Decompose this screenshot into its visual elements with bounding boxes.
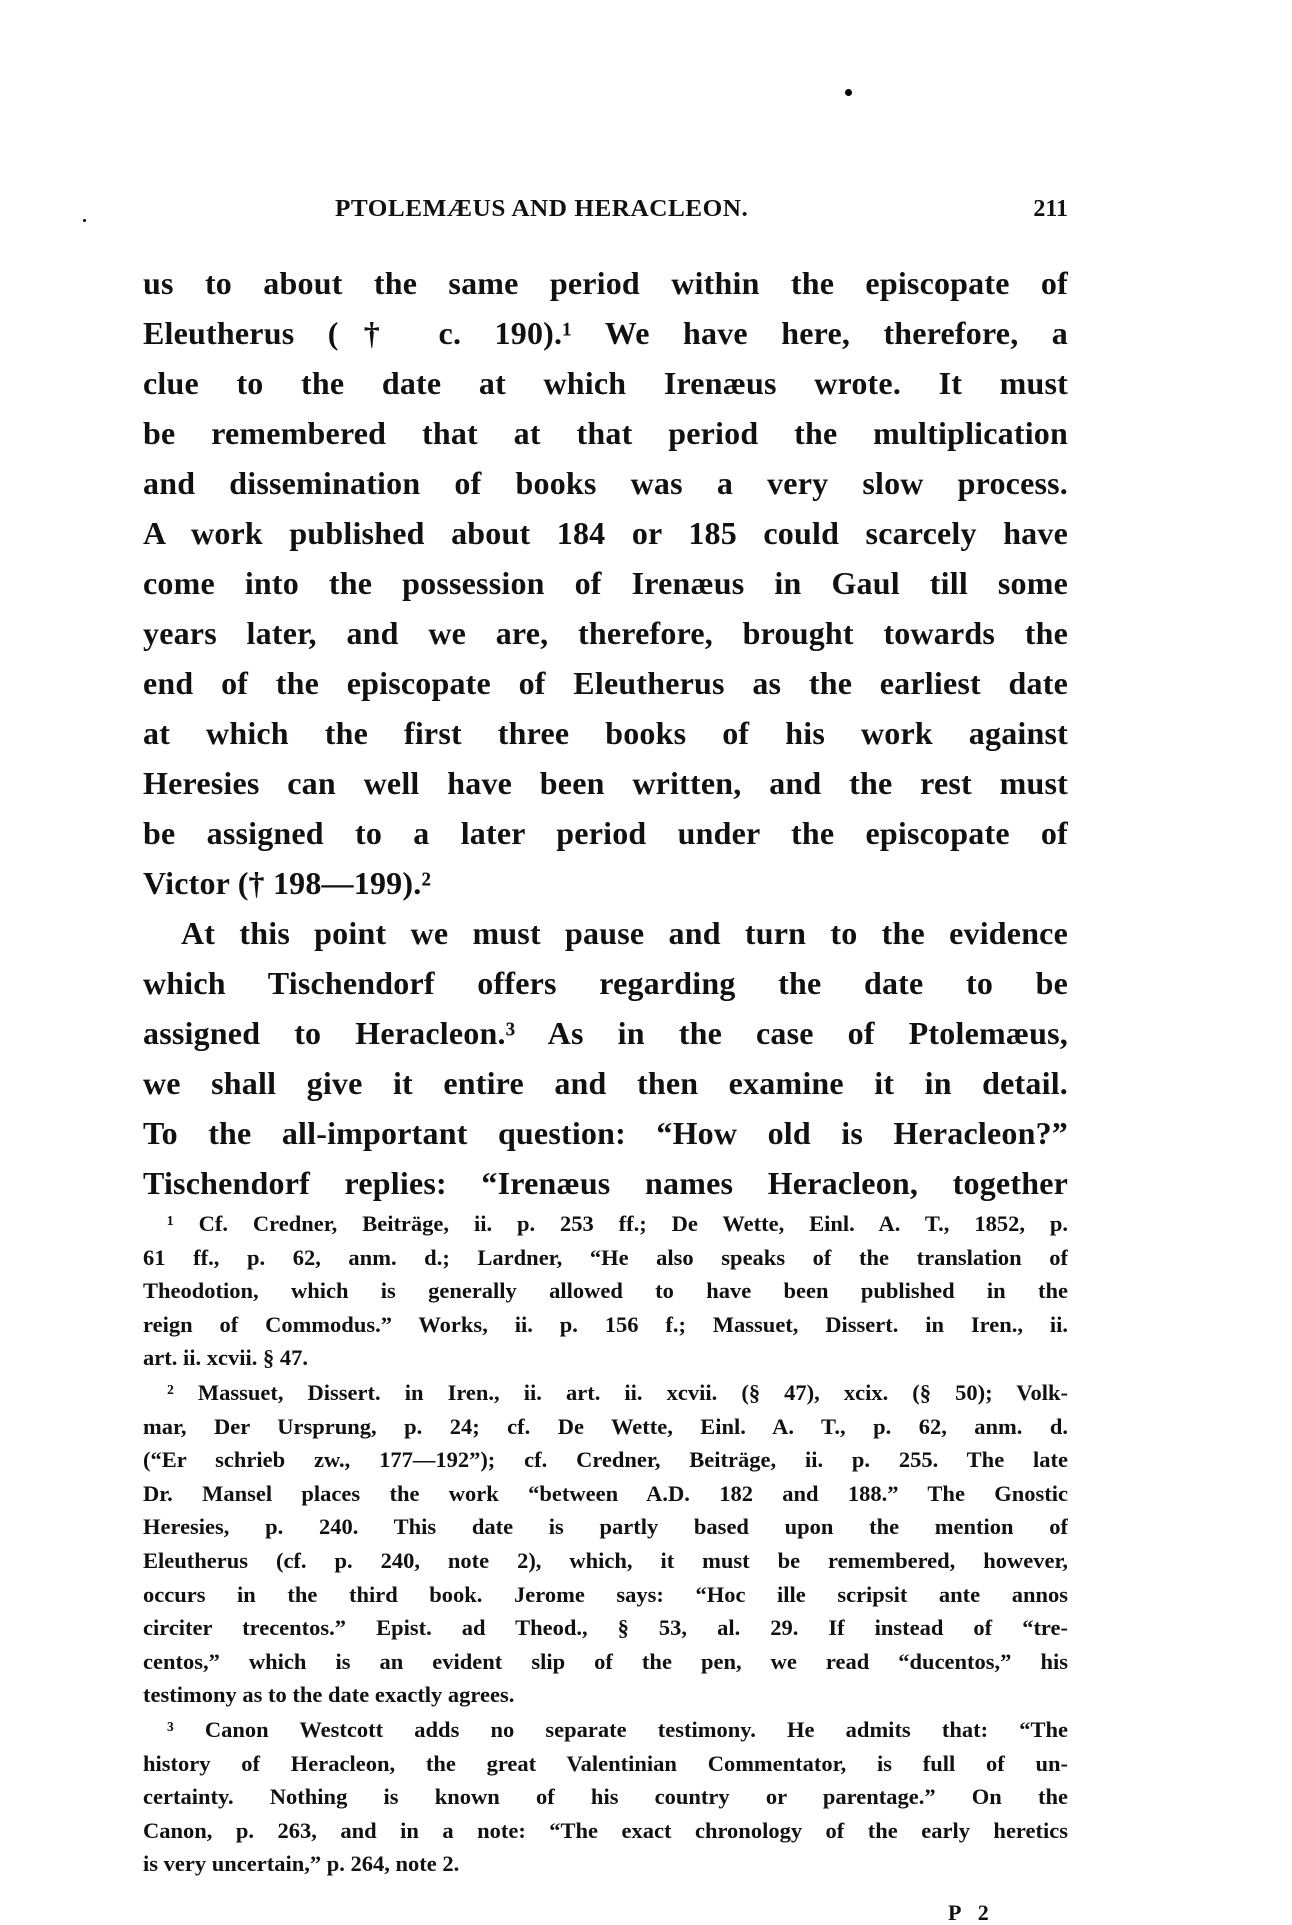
footnote-1: ¹ Cf. Credner, Beiträge, ii. p. 253 ff.;… xyxy=(143,1207,1068,1375)
footnote-line: Canon, p. 263, and in a note: “The exact… xyxy=(143,1814,1068,1848)
footnote-line: 61 ff., p. 62, anm. d.; Lardner, “He als… xyxy=(143,1241,1068,1275)
footnote-line: certainty. Nothing is known of his count… xyxy=(143,1780,1068,1814)
page-number: 211 xyxy=(1033,196,1068,223)
body-line: A work published about 184 or 185 could … xyxy=(143,508,1068,558)
body-line: and dissemination of books was a very sl… xyxy=(143,458,1068,508)
footnote-line: circiter trecentos.” Epist. ad Theod., §… xyxy=(143,1611,1068,1645)
running-header: PTOLEMÆUS AND HERACLEON. 211 xyxy=(143,196,1068,226)
footnote-line: testimony as to the date exactly agrees. xyxy=(143,1678,1068,1712)
footnote-line: Heresies, p. 240. This date is partly ba… xyxy=(143,1510,1068,1544)
footnote-line: ¹ Cf. Credner, Beiträge, ii. p. 253 ff.;… xyxy=(143,1207,1068,1241)
footnote-line: is very uncertain,” p. 264, note 2. xyxy=(143,1847,1068,1881)
footnote-line: history of Heracleon, the great Valentin… xyxy=(143,1747,1068,1781)
ink-speck-top xyxy=(845,89,852,96)
footnote-line: ³ Canon Westcott adds no separate testim… xyxy=(143,1713,1068,1747)
footnote-line: centos,” which is an evident slip of the… xyxy=(143,1645,1068,1679)
body-line: assigned to Heracleon.³ As in the case o… xyxy=(143,1008,1068,1058)
footnote-line: (“Er schrieb zw., 177—192”); cf. Credner… xyxy=(143,1443,1068,1477)
body-line: Tischendorf replies: “Irenæus names Hera… xyxy=(143,1158,1068,1208)
footnote-line: Theodotion, which is generally allowed t… xyxy=(143,1274,1068,1308)
body-line: Heresies can well have been written, and… xyxy=(143,758,1068,808)
book-page: PTOLEMÆUS AND HERACLEON. 211 us to about… xyxy=(0,0,1292,1925)
body-line: come into the possession of Irenæus in G… xyxy=(143,558,1068,608)
body-text: us to about the same period within the e… xyxy=(143,258,1068,1208)
footnote-3: ³ Canon Westcott adds no separate testim… xyxy=(143,1713,1068,1881)
footnote-2: ² Massuet, Dissert. in Iren., ii. art. i… xyxy=(143,1376,1068,1712)
body-line: end of the episcopate of Eleutherus as t… xyxy=(143,658,1068,708)
body-line-paragraph-end: Victor († 198—199).² xyxy=(143,858,1068,908)
body-line: which Tischendorf offers regarding the d… xyxy=(143,958,1068,1008)
body-line: at which the first three books of his wo… xyxy=(143,708,1068,758)
footnote-line: Dr. Mansel places the work “between A.D.… xyxy=(143,1477,1068,1511)
body-line: To the all-important question: “How old … xyxy=(143,1108,1068,1158)
footnote-line: occurs in the third book. Jerome says: “… xyxy=(143,1578,1068,1612)
footnote-line: mar, Der Ursprung, p. 24; cf. De Wette, … xyxy=(143,1410,1068,1444)
body-line: we shall give it entire and then examine… xyxy=(143,1058,1068,1108)
footnote-line: Eleutherus (cf. p. 240, note 2), which, … xyxy=(143,1544,1068,1578)
body-line: be assigned to a later period under the … xyxy=(143,808,1068,858)
body-line: us to about the same period within the e… xyxy=(143,258,1068,308)
footnotes: ¹ Cf. Credner, Beiträge, ii. p. 253 ff.;… xyxy=(143,1207,1068,1881)
footnote-line: art. ii. xcvii. § 47. xyxy=(143,1341,1068,1375)
ink-speck-left xyxy=(83,219,86,222)
body-line: be remembered that at that period the mu… xyxy=(143,408,1068,458)
body-line: Eleutherus († c. 190).¹ We have here, th… xyxy=(143,308,1068,358)
footnote-line: reign of Commodus.” Works, ii. p. 156 f.… xyxy=(143,1308,1068,1342)
body-line-paragraph-start: At this point we must pause and turn to … xyxy=(143,908,1068,958)
body-line: years later, and we are, therefore, brou… xyxy=(143,608,1068,658)
footnote-line: ² Massuet, Dissert. in Iren., ii. art. i… xyxy=(143,1376,1068,1410)
signature-mark: P 2 xyxy=(948,1900,995,1925)
body-line: clue to the date at which Irenæus wrote.… xyxy=(143,358,1068,408)
running-title: PTOLEMÆUS AND HERACLEON. xyxy=(335,196,748,223)
